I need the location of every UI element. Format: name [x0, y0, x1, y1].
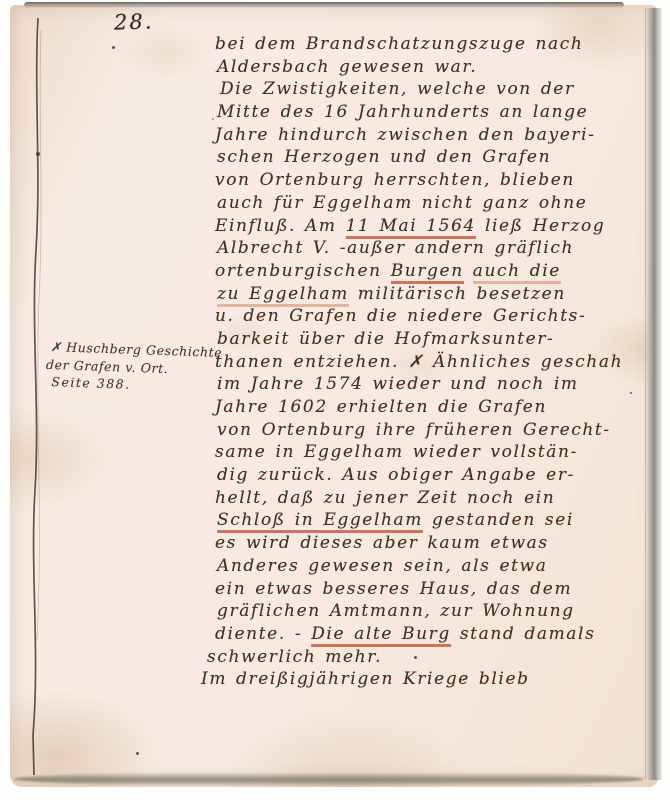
text-segment: es wird dieses aber kaum etwas [215, 533, 549, 553]
manuscript-line: es wird dieses aber kaum etwas [215, 532, 651, 555]
margin-note: ✗ Huschberg Geschichteder Grafen v. Ort.… [49, 338, 223, 396]
text-segment: bei dem Brandschatzungszuge nach [215, 34, 583, 54]
manuscript-line: thanen entziehen. ✗ Ähnliches geschah [215, 351, 651, 374]
text-segment: auch für Eggelham nicht ganz ohne [217, 193, 587, 213]
manuscript-line: Anderes gewesen sein, als etwa [217, 555, 651, 578]
text-segment: im Jahre 1574 wieder und noch im [217, 374, 579, 394]
manuscript-line: hellt, daß zu jener Zeit noch ein [215, 487, 651, 510]
text-segment: gestanden sei [423, 510, 574, 530]
manuscript-line: Aldersbach gewesen war. [217, 56, 651, 79]
manuscript-line: von Ortenburg herrschten, blieben [215, 169, 651, 192]
manuscript-line: Die Zwistigkeiten, welche von der [220, 78, 651, 101]
text-segment: schwerlich mehr. [207, 647, 382, 667]
text-segment: Aldersbach gewesen war. [217, 57, 477, 77]
manuscript-text: bei dem Brandschatzungszuge nachAldersba… [215, 33, 651, 691]
manuscript-line: barkeit über die Hofmarksunter- [217, 328, 651, 351]
manuscript-line: Einfluß. Am 11 Mai 1564 ließ Herzog [215, 215, 651, 238]
manuscript-line: schwerlich mehr. [207, 646, 651, 669]
text-segment: Einfluß. Am [215, 216, 346, 236]
text-segment: ortenburgischen [215, 261, 391, 281]
text-segment: Jahre 1602 erhielten die Grafen [215, 397, 547, 417]
manuscript-line: diente. - Die alte Burg stand damals [215, 623, 651, 646]
manuscript-line: von Ortenburg ihre früheren Gerecht- [217, 419, 651, 442]
manuscript-line: dig zurück. Aus obiger Angabe er- [217, 464, 651, 487]
manuscript-line: Jahre hindurch zwischen den bayeri- [215, 124, 651, 147]
text-segment [464, 261, 473, 281]
binding-crease-line [0, 0, 80, 800]
manuscript-line: im Jahre 1574 wieder und noch im [217, 373, 651, 396]
text-segment: Im dreißigjährigen Kriege blieb [201, 669, 530, 689]
scan-bottom-edge-shadow [14, 772, 644, 786]
manuscript-line: ortenburgischen Burgen auch die [215, 260, 651, 283]
text-segment: Mitte des 16 Jahrhunderts an lange [217, 102, 588, 122]
manuscript-line: Jahre 1602 erhielten die Grafen [215, 396, 651, 419]
manuscript-line: Im dreißigjährigen Kriege blieb [201, 668, 651, 691]
text-segment: barkeit über die Hofmarksunter- [217, 329, 554, 349]
text-segment: Anderes gewesen sein, als etwa [217, 556, 547, 576]
text-segment: ein etwas besseres Haus, das dem [215, 579, 572, 599]
red-underlined-phrase: zu Eggelham [217, 284, 349, 307]
text-segment: Die Zwistigkeiten, welche von der [220, 79, 575, 99]
manuscript-line: Albrecht V. -außer andern gräflich [217, 237, 651, 260]
manuscript-line: gräflichen Amtmann, zur Wohnung [217, 600, 651, 623]
red-underlined-phrase: Schloß in Eggelham [217, 510, 423, 533]
text-segment: thanen entziehen. ✗ Ähnliches geschah [215, 352, 623, 372]
manuscript-line: zu Eggelham militärisch besetzen [217, 283, 651, 306]
text-segment: u. den Grafen die niedere Gerichts- [215, 306, 586, 326]
red-underlined-phrase: Die alte Burg [311, 624, 451, 647]
age-speck [212, 118, 214, 120]
text-segment: diente. - [215, 624, 311, 644]
text-segment: hellt, daß zu jener Zeit noch ein [215, 488, 555, 508]
text-segment: militärisch besetzen [349, 284, 566, 304]
page-number: 28. [114, 9, 154, 34]
manuscript-line: ein etwas besseres Haus, das dem [215, 578, 651, 601]
text-segment: Jahre hindurch zwischen den bayeri- [215, 125, 596, 145]
text-segment: same in Eggelham wieder vollstän- [215, 442, 578, 462]
age-speck [136, 752, 139, 755]
text-segment: von Ortenburg ihre früheren Gerecht- [217, 420, 611, 440]
text-segment: gräflichen Amtmann, zur Wohnung [217, 601, 575, 621]
red-underlined-phrase: 11 Mai 1564 [346, 216, 476, 239]
text-segment: dig zurück. Aus obiger Angabe er- [217, 465, 575, 485]
manuscript-line: schen Herzogen und den Grafen [217, 146, 651, 169]
red-underlined-phrase: Burgen [391, 261, 464, 284]
manuscript-line: Mitte des 16 Jahrhunderts an lange [217, 101, 651, 124]
text-segment: Albrecht V. -außer andern gräflich [217, 238, 574, 258]
red-underlined-phrase: auch die [473, 261, 561, 284]
manuscript-line: Schloß in Eggelham gestanden sei [217, 509, 651, 532]
scan-top-edge-shadow [24, 2, 624, 8]
manuscript-scan: 28. ✗ Huschberg Geschichteder Grafen v. … [0, 0, 670, 800]
manuscript-line: u. den Grafen die niedere Gerichts- [215, 305, 651, 328]
manuscript-line: bei dem Brandschatzungszuge nach [215, 33, 651, 56]
text-segment: stand damals [451, 624, 596, 644]
text-segment: schen Herzogen und den Grafen [217, 147, 551, 167]
age-speck [36, 152, 40, 156]
manuscript-line: same in Eggelham wieder vollstän- [215, 441, 651, 464]
text-segment: ließ Herzog [476, 216, 605, 236]
age-speck [112, 46, 115, 49]
text-segment: von Ortenburg herrschten, blieben [215, 170, 575, 190]
manuscript-line: auch für Eggelham nicht ganz ohne [217, 192, 651, 215]
